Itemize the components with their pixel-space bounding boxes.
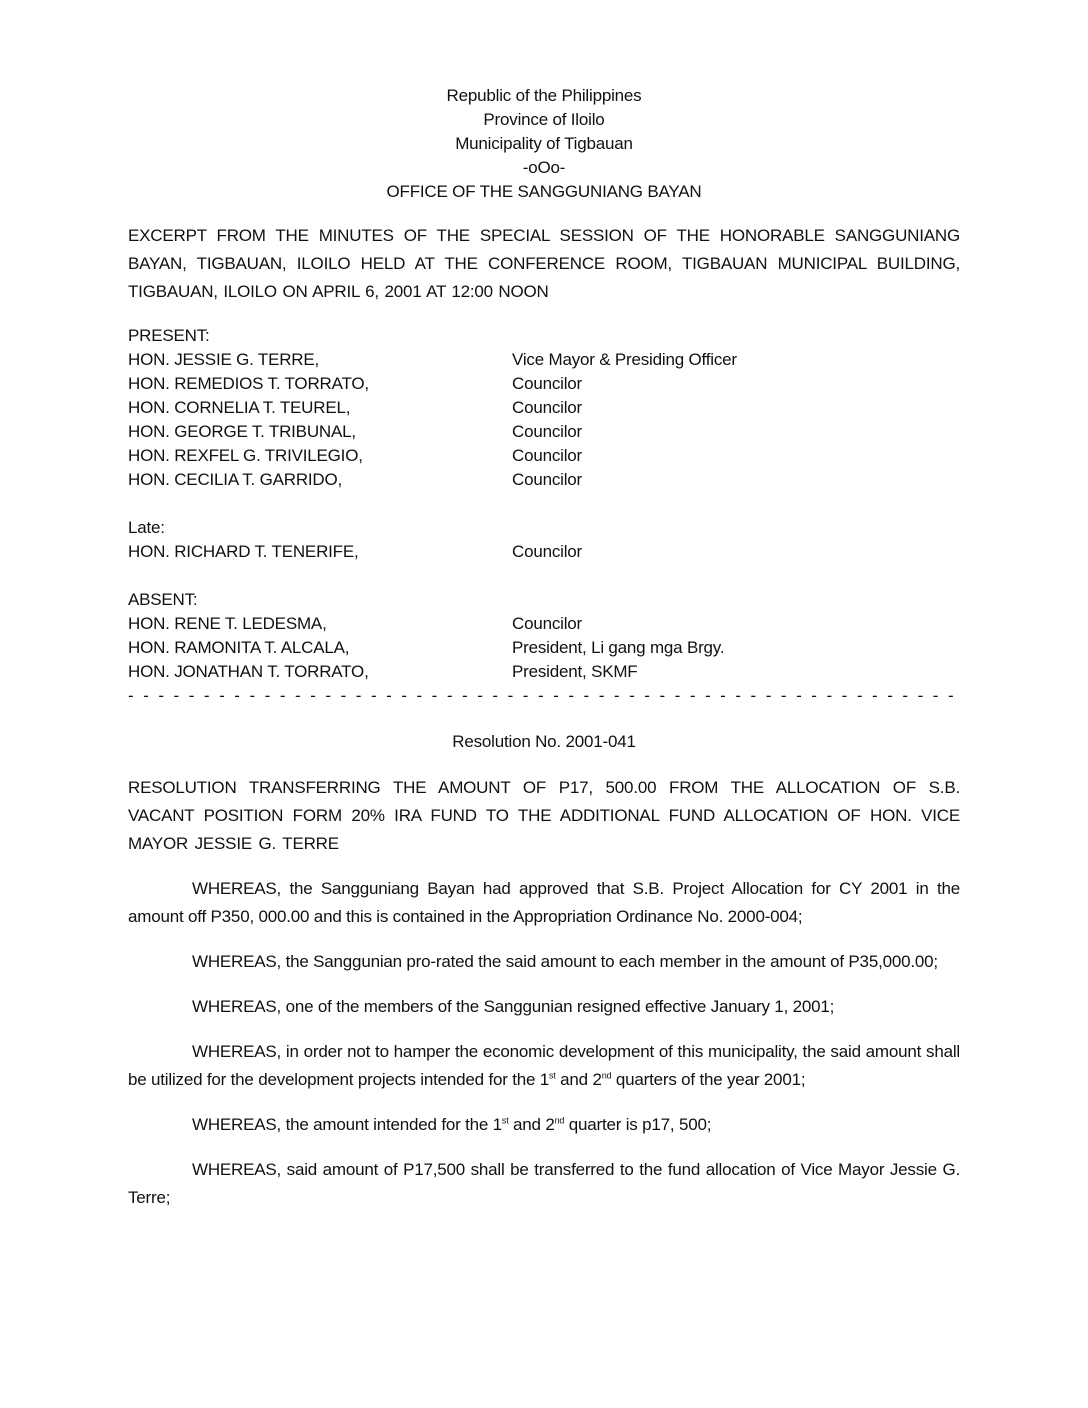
- resolution-number: Resolution No. 2001-041: [128, 730, 960, 754]
- attendee-name: HON. CORNELIA T. TEUREL,: [128, 396, 512, 420]
- absent-role: President, Li gang mga Brgy.: [512, 636, 960, 660]
- attendee-row: HON. CORNELIA T. TEUREL, Councilor: [128, 396, 960, 420]
- attendee-role: Councilor: [512, 372, 960, 396]
- ordinal-suffix: st: [549, 1070, 556, 1080]
- header-office: OFFICE OF THE SANGGUNIANG BAYAN: [128, 180, 960, 204]
- ordinal-suffix: nd: [555, 1115, 565, 1125]
- attendee-row: HON. REMEDIOS T. TORRATO, Councilor: [128, 372, 960, 396]
- absent-label: ABSENT:: [128, 588, 960, 612]
- attendee-role: Councilor: [512, 396, 960, 420]
- absent-role: President, SKMF: [512, 660, 960, 684]
- whereas-clause: WHEREAS, in order not to hamper the econ…: [128, 1038, 960, 1094]
- whereas-text: and 2: [509, 1115, 555, 1134]
- late-role: Councilor: [512, 540, 960, 564]
- attendee-row: HON. CECILIA T. GARRIDO, Councilor: [128, 468, 960, 492]
- spacer: [128, 564, 960, 588]
- whereas-clause: WHEREAS, one of the members of the Sangg…: [128, 993, 960, 1021]
- attendee-name: HON. REMEDIOS T. TORRATO,: [128, 372, 512, 396]
- whereas-text: WHEREAS, in order not to hamper the econ…: [128, 1042, 960, 1089]
- absent-row: HON. RENE T. LEDESMA, Councilor: [128, 612, 960, 636]
- document-page: Republic of the Philippines Province of …: [128, 84, 960, 1212]
- excerpt-heading: EXCERPT FROM THE MINUTES OF THE SPECIAL …: [128, 222, 960, 306]
- attendee-row: HON. JESSIE G. TERRE, Vice Mayor & Presi…: [128, 348, 960, 372]
- attendee-name: HON. REXFEL G. TRIVILEGIO,: [128, 444, 512, 468]
- header-municipality: Municipality of Tigbauan: [128, 132, 960, 156]
- whereas-text: WHEREAS, the Sanggunian pro-rated the sa…: [192, 952, 938, 971]
- absent-row: HON. RAMONITA T. ALCALA, President, Li g…: [128, 636, 960, 660]
- late-row: HON. RICHARD T. TENERIFE, Councilor: [128, 540, 960, 564]
- whereas-clause: WHEREAS, the Sangguniang Bayan had appro…: [128, 875, 960, 931]
- whereas-text: quarters of the year 2001;: [611, 1070, 805, 1089]
- absent-row: HON. JONATHAN T. TORRATO, President, SKM…: [128, 660, 960, 684]
- absent-name: HON. JONATHAN T. TORRATO,: [128, 660, 512, 684]
- whereas-text: WHEREAS, said amount of P17,500 shall be…: [128, 1160, 960, 1207]
- header-republic: Republic of the Philippines: [128, 84, 960, 108]
- whereas-text: and 2: [556, 1070, 602, 1089]
- attendee-role: Councilor: [512, 468, 960, 492]
- absent-name: HON. RENE T. LEDESMA,: [128, 612, 512, 636]
- whereas-clause: WHEREAS, the Sanggunian pro-rated the sa…: [128, 948, 960, 976]
- whereas-text: WHEREAS, the Sangguniang Bayan had appro…: [128, 879, 960, 926]
- letterhead: Republic of the Philippines Province of …: [128, 84, 960, 204]
- attendee-name: HON. GEORGE T. TRIBUNAL,: [128, 420, 512, 444]
- present-label: PRESENT:: [128, 324, 960, 348]
- header-ornament: -oOo-: [128, 156, 960, 180]
- ordinal-suffix: nd: [602, 1070, 612, 1080]
- spacer: [128, 492, 960, 516]
- whereas-text: WHEREAS, one of the members of the Sangg…: [192, 997, 834, 1016]
- attendee-role: Vice Mayor & Presiding Officer: [512, 348, 960, 372]
- dashed-divider: - - - - - - - - - - - - - - - - - - - - …: [128, 684, 958, 708]
- absent-name: HON. RAMONITA T. ALCALA,: [128, 636, 512, 660]
- whereas-clause: WHEREAS, said amount of P17,500 shall be…: [128, 1156, 960, 1212]
- absent-role: Councilor: [512, 612, 960, 636]
- whereas-text: WHEREAS, the amount intended for the 1: [192, 1115, 502, 1134]
- whereas-clause: WHEREAS, the amount intended for the 1st…: [128, 1111, 960, 1139]
- attendee-row: HON. GEORGE T. TRIBUNAL, Councilor: [128, 420, 960, 444]
- attendee-name: HON. JESSIE G. TERRE,: [128, 348, 512, 372]
- ordinal-suffix: st: [502, 1115, 509, 1125]
- attendee-row: HON. REXFEL G. TRIVILEGIO, Councilor: [128, 444, 960, 468]
- header-province: Province of Iloilo: [128, 108, 960, 132]
- whereas-text: quarter is p17, 500;: [564, 1115, 711, 1134]
- attendee-role: Councilor: [512, 444, 960, 468]
- attendance-section: PRESENT: HON. JESSIE G. TERRE, Vice Mayo…: [128, 324, 960, 684]
- late-name: HON. RICHARD T. TENERIFE,: [128, 540, 512, 564]
- late-label: Late:: [128, 516, 960, 540]
- attendee-name: HON. CECILIA T. GARRIDO,: [128, 468, 512, 492]
- resolution-title: RESOLUTION TRANSFERRING THE AMOUNT OF P1…: [128, 774, 960, 858]
- attendee-role: Councilor: [512, 420, 960, 444]
